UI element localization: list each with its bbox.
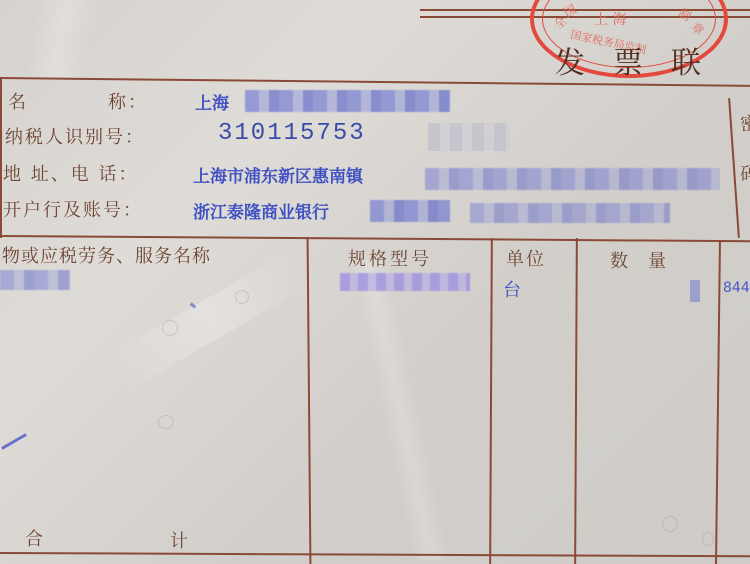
col-header-unit: 单位 xyxy=(506,245,546,271)
total-label-ji: 计 xyxy=(170,527,189,553)
address-value: 上海市浦东新区惠南镇 xyxy=(193,162,363,187)
redacted-item-name xyxy=(0,270,70,290)
item-price: 844 xyxy=(723,280,750,296)
redacted-name xyxy=(245,90,450,112)
col-divider xyxy=(574,238,577,564)
tax-id-value: 310115753 xyxy=(218,120,366,147)
redacted-item-spec xyxy=(340,273,470,291)
item-unit: 台 xyxy=(503,276,521,302)
total-label-he: 合 xyxy=(25,525,44,551)
total-row-rule xyxy=(0,552,750,557)
side-label: 密 xyxy=(740,110,750,136)
col-header-name: 物或应税劳务、服务名称 xyxy=(2,242,211,268)
redacted-item-qty xyxy=(690,280,700,302)
pen-mark xyxy=(1,433,27,450)
col-divider xyxy=(489,238,492,564)
password-zone-border xyxy=(728,98,739,238)
col-header-spec: 规格型号 xyxy=(348,245,432,271)
buyer-name-value: 上海 xyxy=(195,89,229,114)
paper-crease xyxy=(348,260,452,560)
side-label: 码 xyxy=(740,160,750,186)
paper-stain xyxy=(662,516,678,532)
tax-id-label: 纳税人识别号： xyxy=(5,123,145,149)
paper-stain xyxy=(702,532,714,546)
copy-title: 发票联 xyxy=(555,38,729,82)
paper-crease xyxy=(105,248,316,393)
redacted-tax-id xyxy=(428,123,510,151)
address-label: 地 址、电 话： xyxy=(3,160,138,186)
col-divider xyxy=(715,240,720,564)
bank-value: 浙江泰隆商业银行 xyxy=(193,198,329,223)
buyer-name-label: 名 称： xyxy=(8,88,148,114)
buyer-block-bottom-rule xyxy=(0,235,750,242)
redacted-account xyxy=(470,203,670,223)
paper-stain xyxy=(162,320,178,336)
paper-crease xyxy=(23,0,97,80)
paper-stain xyxy=(158,415,174,429)
col-header-qty: 数 量 xyxy=(610,247,667,273)
redacted-branch xyxy=(370,200,450,222)
paper-stain xyxy=(235,290,249,304)
table-border-left xyxy=(0,78,2,238)
invoice-paper: 全 国 制 章 上 海 国家税务局监制 发票联 名 称： 上海 纳税人识别号： … xyxy=(0,0,750,564)
bank-label: 开户行及账号： xyxy=(3,196,143,222)
redacted-address xyxy=(425,168,720,190)
